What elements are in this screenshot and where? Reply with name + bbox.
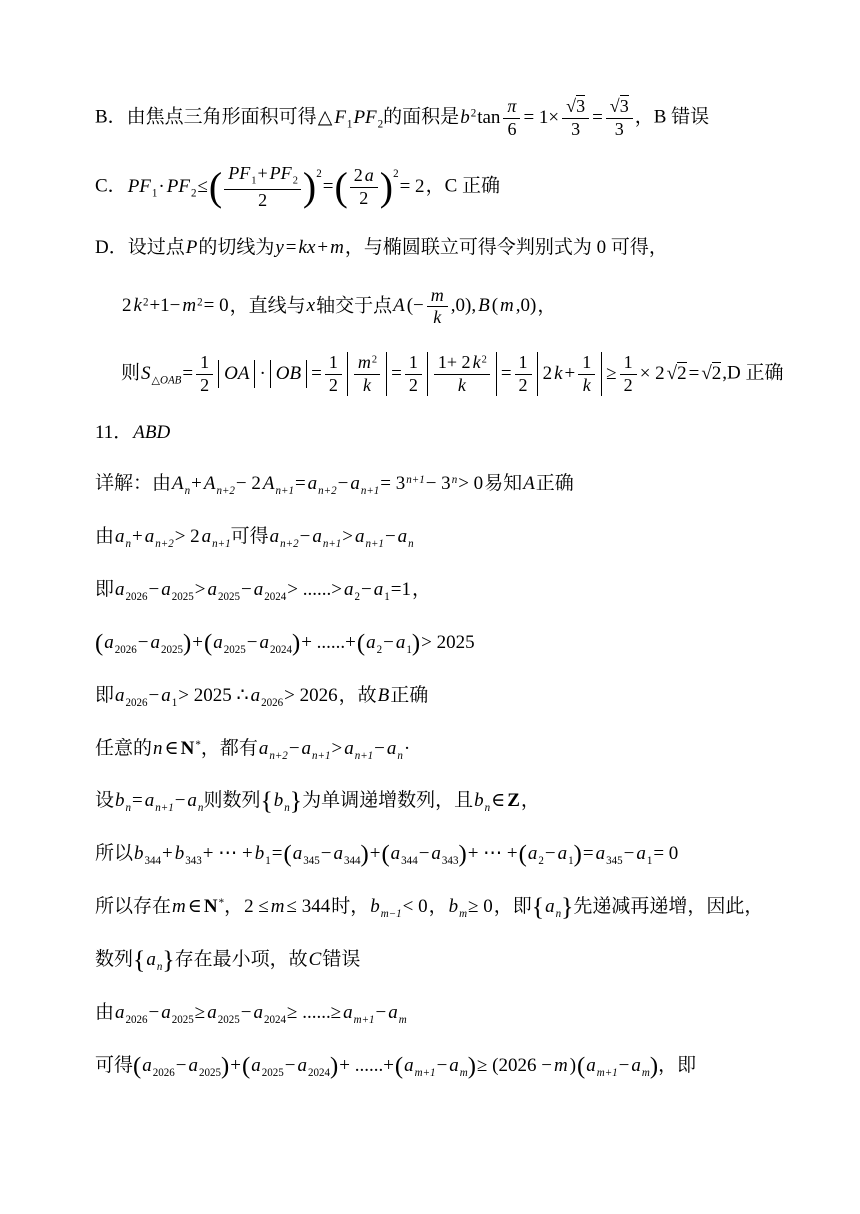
detail-c-step4: 所以存在m∈N*，2 ≤m≤ 344时，bm−1< 0，bm≥ 0，即{an}先… — [95, 893, 815, 923]
document-page: B．由焦点三角形面积可得△F1PF2的面积是b2tanπ6= 1×33=33，B… — [0, 0, 860, 1214]
option-d-area-inequality: 则S△OAB=12OA·OB=12m2k=121+ 2k2k=122k+1k≥1… — [95, 352, 815, 396]
option-b-solution: B．由焦点三角形面积可得△F1PF2的面积是b2tanπ6= 1×33=33，B… — [95, 96, 815, 140]
detail-b-step2: 即a2026−a2025>a2025−a2024> ......>a2−a1=1… — [95, 576, 815, 606]
detail-b-step1: 由an+an+2> 2an+1可得an+2−an+1>an+1−an — [95, 523, 815, 553]
option-c-solution: C．PF1·PF2≤(PF1+PF22)2=(2a2)2= 2，C 正确 — [95, 163, 815, 211]
detail-b-conclusion: 即a2026−a1> 2025 ∴a2026> 2026，故B正确 — [95, 682, 815, 712]
question-11-answer: 11．ABD — [95, 419, 815, 447]
detail-d-step2: 可得(a2026−a2025)+(a2025−a2024)+ ......+(a… — [95, 1052, 815, 1082]
detail-option-a: 详解：由An+An+2− 2An+1=an+2−an+1= 3n+1− 3n> … — [95, 470, 815, 500]
detail-c-step3: 所以b344+b343+ ⋯ +b1=(a345−a344)+(a344−a34… — [95, 840, 815, 870]
detail-b-step3: (a2026−a2025)+(a2025−a2024)+ ......+(a2−… — [95, 629, 815, 659]
option-d-discriminant: 2k2+1−m2= 0，直线与x轴交于点A(−mk,0),B(m,0)， — [95, 285, 815, 329]
detail-c-conclusion: 数列{an}存在最小项，故C错误 — [95, 946, 815, 976]
detail-d-step1: 由a2026−a2025≥a2025−a2024≥ ......≥am+1−am — [95, 999, 815, 1029]
detail-c-step1: 任意的n∈N*，都有an+2−an+1>an+1−an· — [95, 735, 815, 765]
option-d-intro: D．设过点P的切线为y=kx+m，与椭圆联立可得令判别式为 0 可得， — [95, 234, 815, 262]
detail-c-step2: 设bn=an+1−an则数列{bn}为单调递增数列，且bn∈Z， — [95, 787, 815, 817]
